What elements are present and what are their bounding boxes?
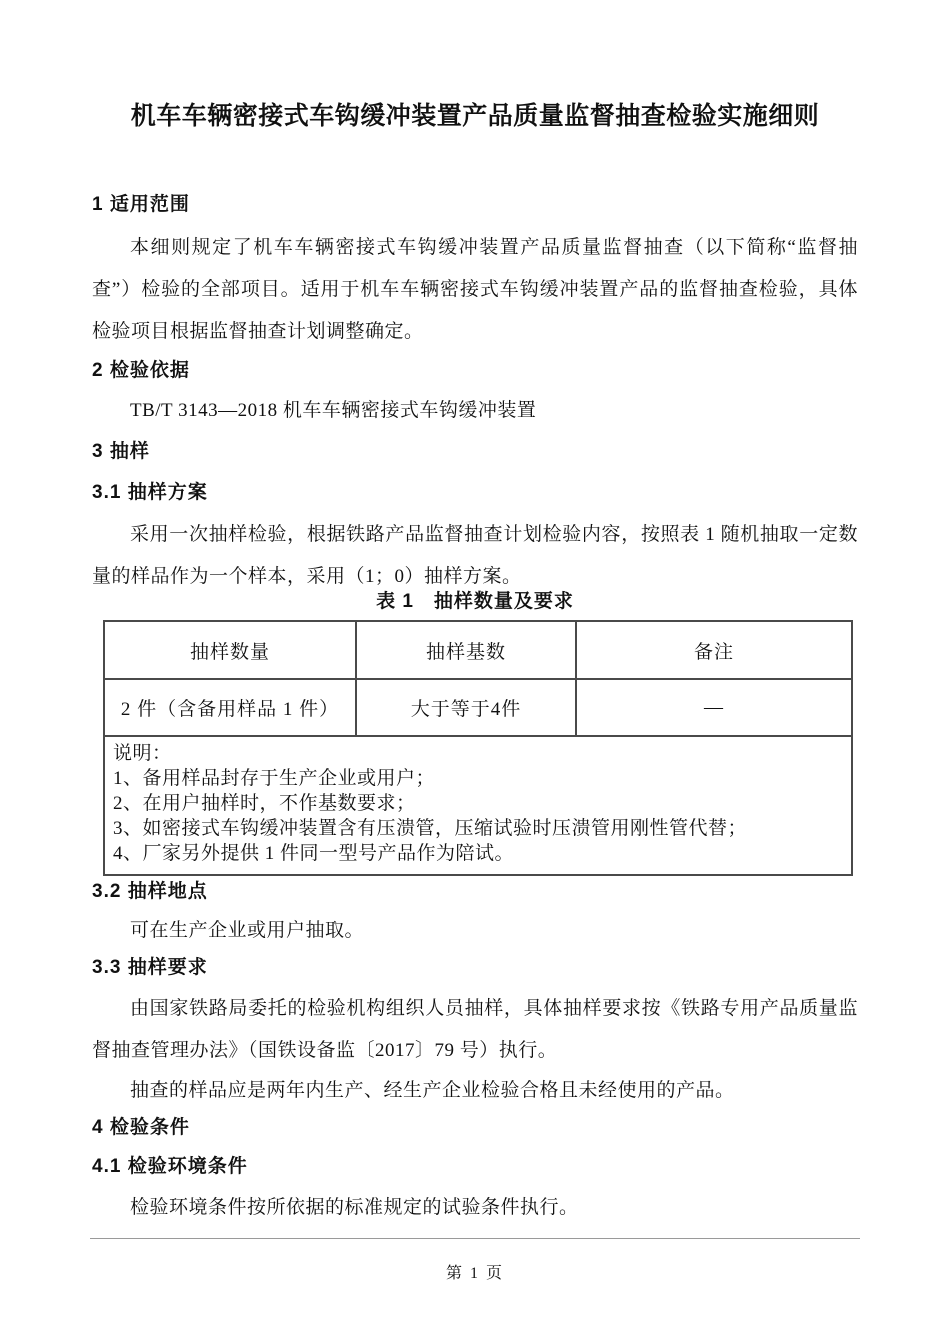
note-line: 3、如密接式车钩缓冲装置含有压溃管，压缩试验时压溃管用刚性管代替；	[113, 816, 841, 841]
table-header-row: 抽样数量 抽样基数 备注	[104, 621, 852, 679]
paragraph-basis: TB/T 3143—2018 机车车辆密接式车钩缓冲装置	[92, 390, 858, 432]
section-heading-2: 2 检验依据	[92, 350, 858, 392]
table-data-row: 2 件（含备用样品 1 件） 大于等于4件 —	[104, 679, 852, 736]
header-cell-quantity: 抽样数量	[104, 621, 356, 679]
paragraph-sampling-requirement: 由国家铁路局委托的检验机构组织人员抽样，具体抽样要求按《铁路专用产品质量监督抽查…	[92, 988, 858, 1072]
section-heading-3-1: 3.1 抽样方案	[92, 472, 858, 514]
section-heading-3-3: 3.3 抽样要求	[92, 947, 858, 989]
note-line: 2、在用户抽样时，不作基数要求；	[113, 791, 841, 816]
paragraph-scope: 本细则规定了机车车辆密接式车钩缓冲装置产品质量监督抽查（以下简称“监督抽查”）检…	[92, 227, 858, 353]
cell-base: 大于等于4件	[356, 679, 576, 736]
sampling-table: 抽样数量 抽样基数 备注 2 件（含备用样品 1 件） 大于等于4件 — 说明：…	[103, 620, 853, 876]
note-line: 4、厂家另外提供 1 件同一型号产品作为陪试。	[113, 841, 841, 866]
header-cell-remark: 备注	[576, 621, 852, 679]
page-title: 机车车辆密接式车钩缓冲装置产品质量监督抽查检验实施细则	[92, 98, 858, 134]
note-line: 1、备用样品封存于生产企业或用户；	[113, 766, 841, 791]
document-page: 机车车辆密接式车钩缓冲装置产品质量监督抽查检验实施细则 1 适用范围 本细则规定…	[0, 0, 950, 1344]
section-heading-4-1: 4.1 检验环境条件	[92, 1146, 858, 1188]
paragraph-env-condition: 检验环境条件按所依据的标准规定的试验条件执行。	[92, 1187, 858, 1229]
header-cell-base: 抽样基数	[356, 621, 576, 679]
cell-quantity: 2 件（含备用样品 1 件）	[104, 679, 356, 736]
section-heading-1: 1 适用范围	[92, 184, 858, 226]
page-number: 第 1 页	[92, 1262, 858, 1286]
paragraph-sample-condition: 抽查的样品应是两年内生产、经生产企业检验合格且未经使用的产品。	[92, 1070, 858, 1112]
table-notes-row: 说明： 1、备用样品封存于生产企业或用户； 2、在用户抽样时，不作基数要求； 3…	[104, 736, 852, 875]
notes-cell: 说明： 1、备用样品封存于生产企业或用户； 2、在用户抽样时，不作基数要求； 3…	[104, 736, 852, 875]
paragraph-sampling-place: 可在生产企业或用户抽取。	[92, 910, 858, 952]
paragraph-sampling-plan: 采用一次抽样检验，根据铁路产品监督抽查计划检验内容，按照表 1 随机抽取一定数量…	[92, 514, 858, 598]
table-caption: 表 1 抽样数量及要求	[92, 590, 858, 614]
footer-divider	[90, 1238, 860, 1239]
section-heading-4: 4 检验条件	[92, 1107, 858, 1149]
section-heading-3: 3 抽样	[92, 431, 858, 473]
section-heading-3-2: 3.2 抽样地点	[92, 871, 858, 913]
note-line: 说明：	[113, 741, 841, 766]
cell-remark: —	[576, 679, 852, 736]
